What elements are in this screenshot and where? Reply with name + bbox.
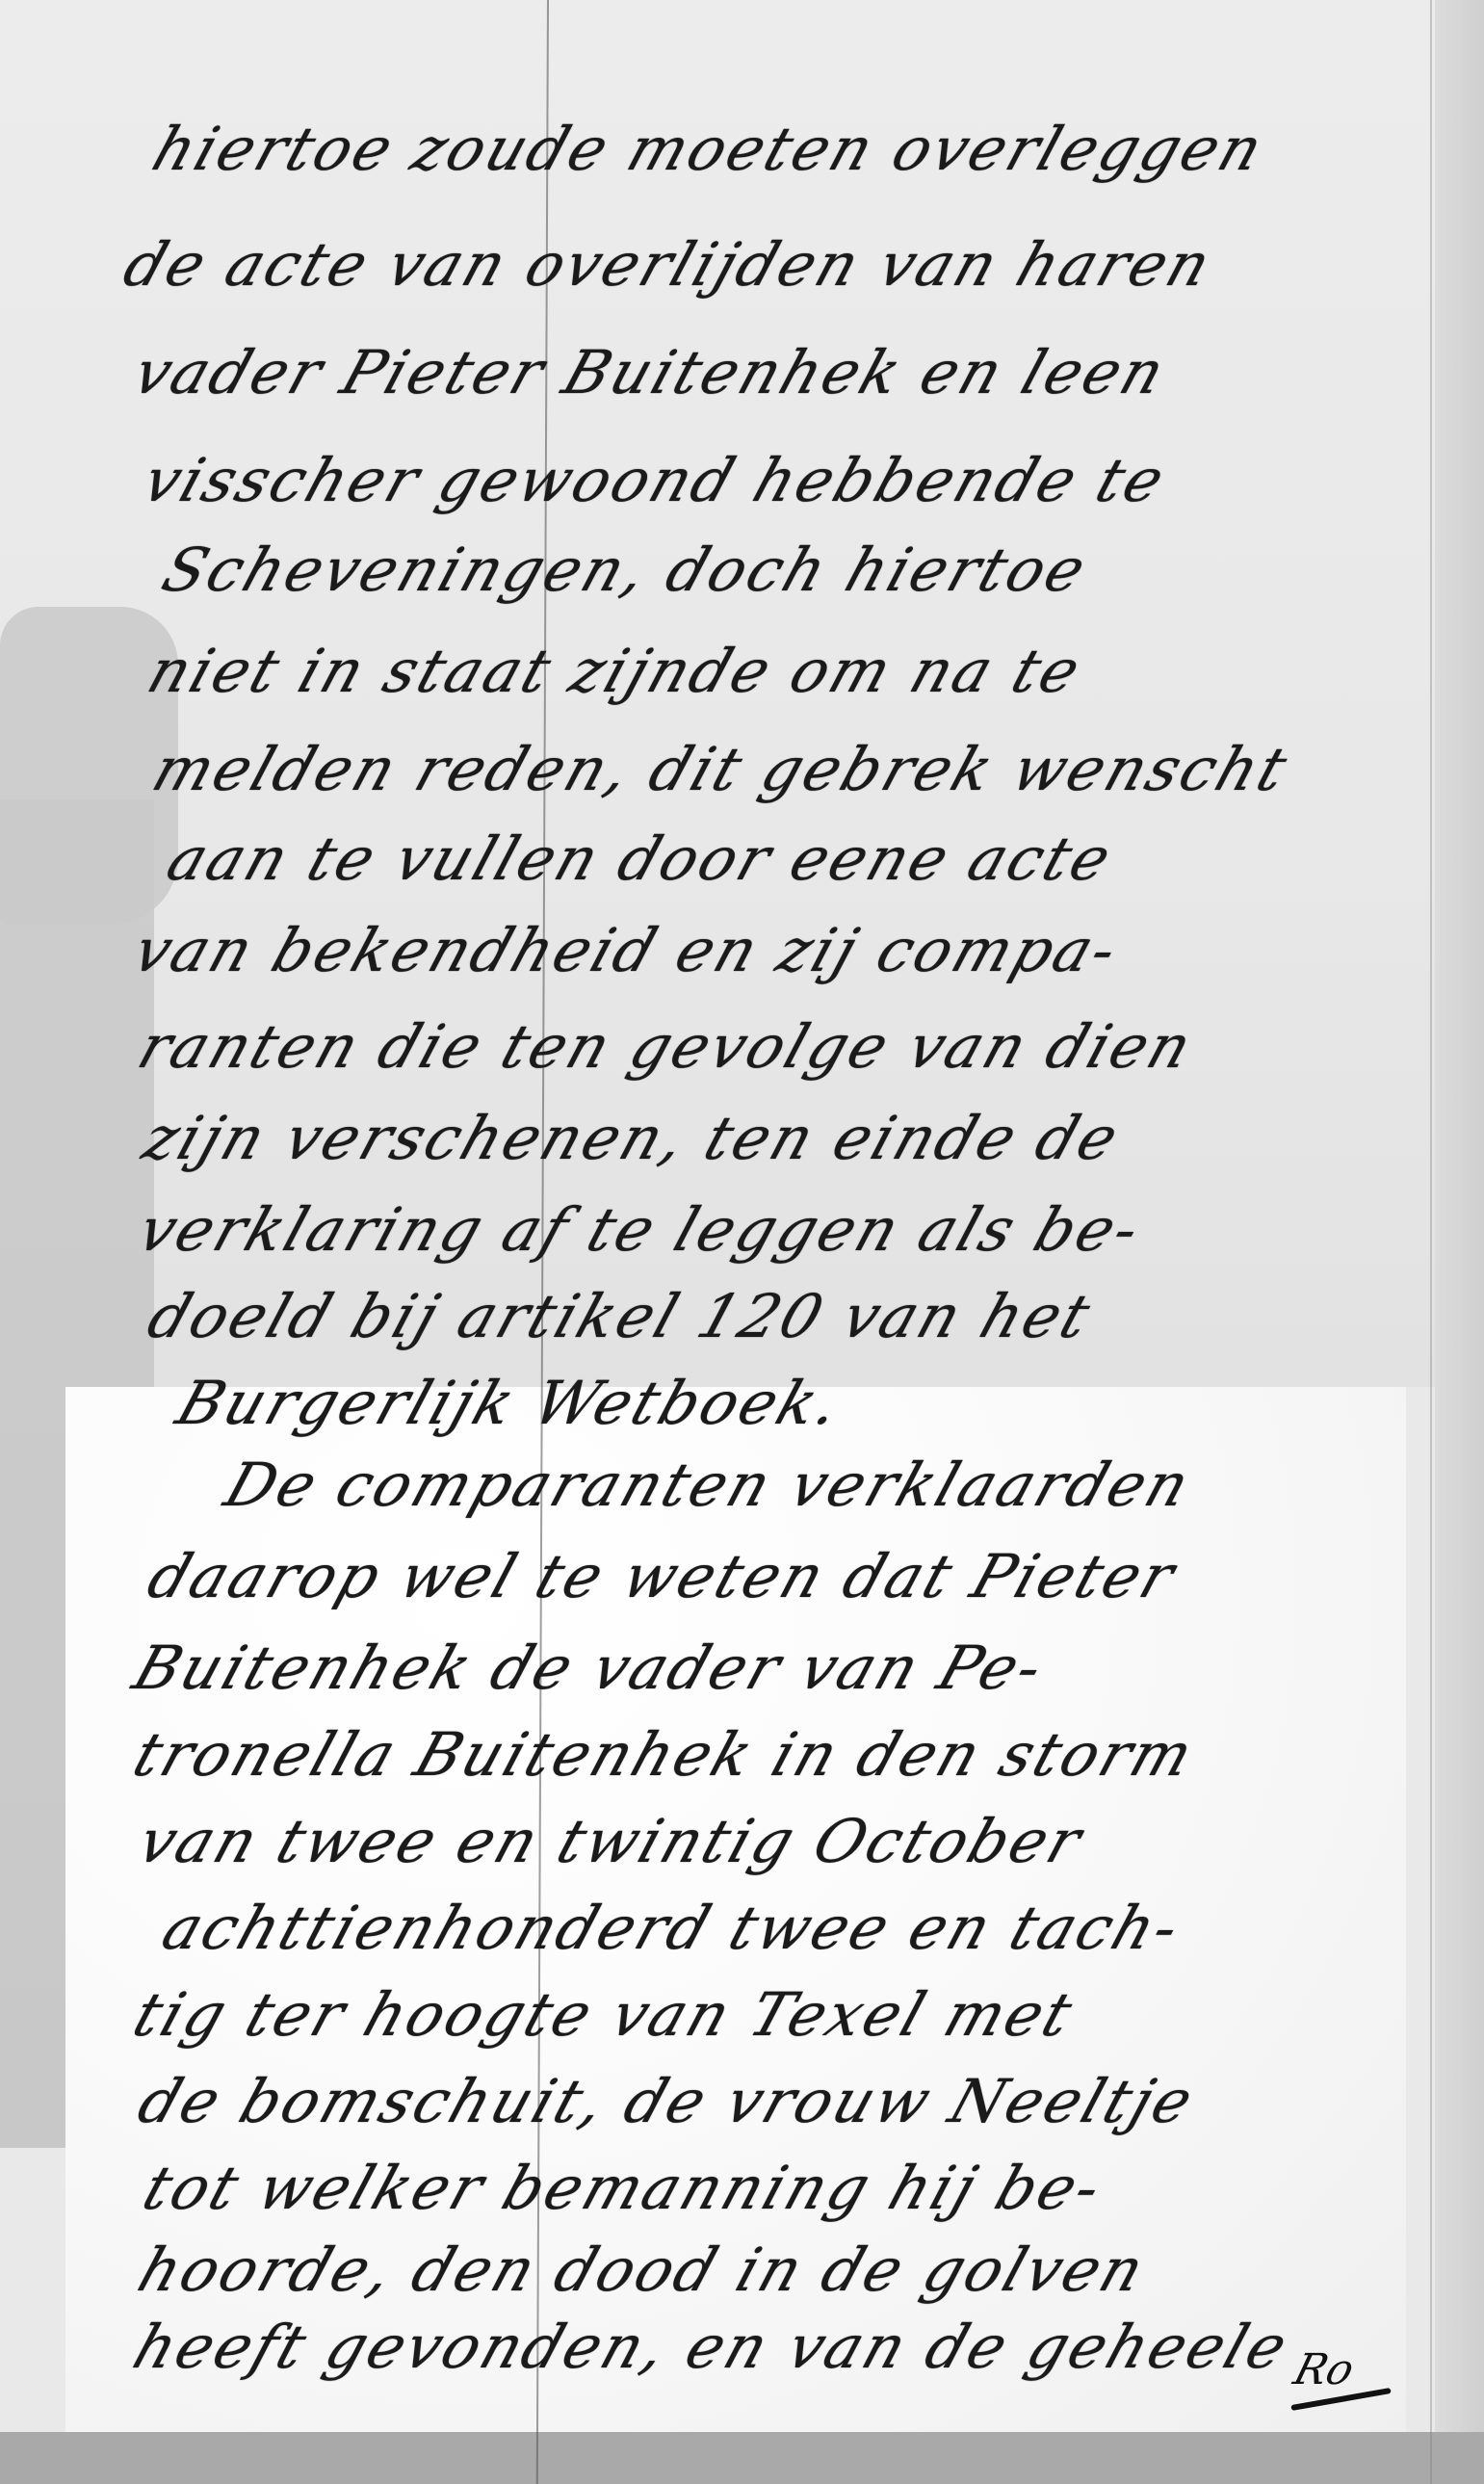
manuscript-line: hoorde, den dood in de golven: [130, 2235, 1156, 2305]
manuscript-line: aan te vullen door eene acte: [159, 824, 1122, 894]
manuscript-line: achttienhonderd twee en tach-: [154, 1893, 1190, 1963]
manuscript-line: van bekendheid en zij compa-: [125, 915, 1129, 985]
manuscript-line: daarop wel te weten dat Pieter: [140, 1541, 1185, 1611]
manuscript-line: De comparanten verklaarden: [217, 1450, 1201, 1520]
manuscript-line: hiertoe zoude moeten overleggen: [144, 114, 1274, 184]
manuscript-line: Scheveningen, doch hiertoe: [154, 535, 1097, 605]
manuscript-line: niet in staat zijnde om na te: [140, 636, 1091, 706]
manuscript-line: ranten die ten gevolge van dien: [130, 1011, 1203, 1082]
manuscript-line: de acte van overlijden van haren: [116, 229, 1222, 300]
manuscript-line: tronella Buitenhek in den storm: [125, 1719, 1204, 1790]
manuscript-text: hiertoe zoude moeten overleggen de acte …: [0, 0, 1484, 2484]
manuscript-line: visscher gewoond hebbende te: [135, 445, 1176, 515]
manuscript-line: tig ter hoogte van Texel met: [125, 1979, 1083, 2050]
manuscript-line: Buitenhek de vader van Pe-: [125, 1633, 1054, 1703]
manuscript-line: de bomschuit, de vrouw Neeltje: [130, 2066, 1204, 2136]
manuscript-line: verklaring af te leggen als be-: [130, 1194, 1151, 1265]
manuscript-line: tot welker bemanning hij be-: [135, 2153, 1112, 2223]
manuscript-line: heeft gevonden, en van de geheele: [125, 2312, 1298, 2382]
manuscript-line: van twee en twintig October: [130, 1806, 1092, 1876]
manuscript-line: doeld bij artikel 120 van het: [140, 1281, 1101, 1351]
manuscript-line: zijn verschenen, ten einde de: [135, 1103, 1130, 1173]
manuscript-line: melden reden, dit gebrek wenscht: [144, 734, 1298, 804]
manuscript-line: Burgerlijk Wetboek.: [169, 1368, 851, 1438]
manuscript-line: vader Pieter Buitenhek en leen: [125, 337, 1176, 407]
